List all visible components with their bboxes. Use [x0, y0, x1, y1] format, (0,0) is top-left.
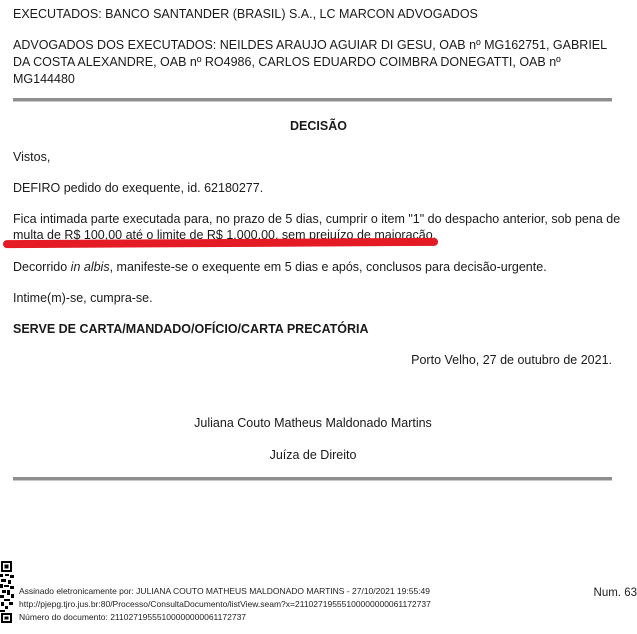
executados-line: EXECUTADOS: BANCO SANTANDER (BRASIL) S.A… [13, 5, 478, 24]
serve-text: SERVE DE CARTA/MANDADO/OFÍCIO/CARTA PREC… [13, 320, 369, 339]
decorrido-italic: in albis [71, 260, 110, 274]
place-date: Porto Velho, 27 de outubro de 2021. [0, 351, 612, 370]
decorrido-suffix: , manifeste-se o exequente em 5 dias e a… [110, 260, 547, 274]
intime-text: Intime(m)-se, cumpra-se. [13, 289, 153, 308]
advogados-line-3: MG144480 [13, 70, 75, 89]
document-url-link[interactable]: http://pjepg.tjro.jus.br:80/Processo/Con… [19, 598, 431, 611]
advogados-line-2: DA COSTA ALEXANDRE, OAB nº RO4986, CARLO… [13, 53, 561, 72]
footer-divider [13, 477, 612, 480]
red-highlight-underline [3, 238, 438, 248]
decorrido-prefix: Decorrido [13, 260, 71, 274]
decorrido-text: Decorrido in albis, manifeste-se o exequ… [13, 258, 547, 277]
header-divider [13, 98, 612, 101]
signer-role: Juíza de Direito [0, 446, 626, 465]
document-number: Número do documento: 2110271955510000000… [19, 611, 246, 624]
signed-by-line: Assinado eletronicamente por: JULIANA CO… [19, 585, 430, 598]
qr-code-icon [0, 560, 14, 624]
signer-name: Juliana Couto Matheus Maldonado Martins [0, 414, 626, 433]
page-number: Num. 63 [594, 587, 637, 599]
decision-title: DECISÃO [0, 117, 637, 136]
defiro-text: DEFIRO pedido do exequente, id. 62180277… [13, 179, 263, 198]
vistos-text: Vistos, [13, 148, 50, 167]
